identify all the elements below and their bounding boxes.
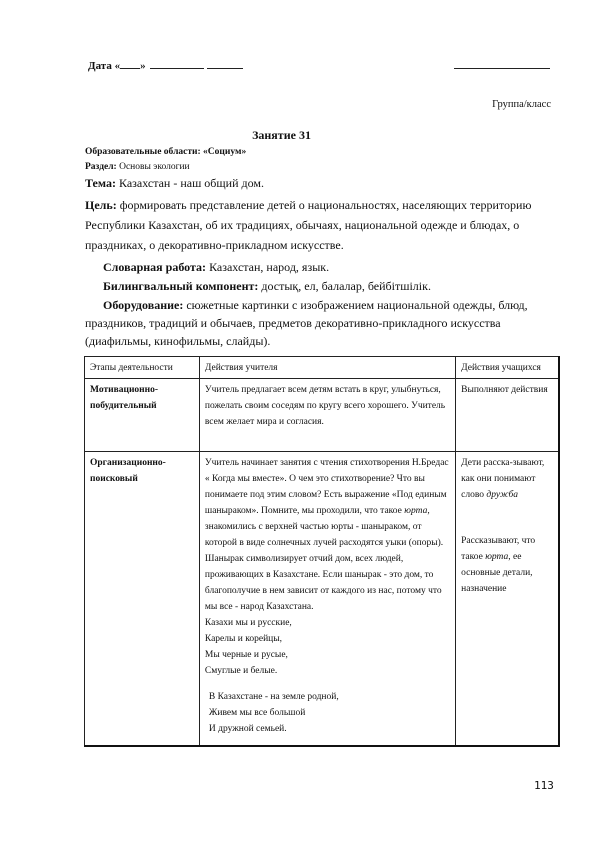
date-label: Дата « bbox=[88, 60, 120, 72]
poem-line: Смуглые и белые. bbox=[205, 663, 450, 679]
spacer bbox=[461, 503, 553, 533]
month-blank[interactable] bbox=[150, 58, 204, 69]
day-blank[interactable] bbox=[120, 58, 140, 69]
poem-line: Казахи мы и русские, bbox=[205, 615, 450, 631]
stage-cell: Организационно-поисковый bbox=[85, 452, 200, 747]
table-header-row: Этапы деятельности Действия учителя Дейс… bbox=[85, 357, 560, 379]
bilingual-value: достық, ел, балалар, бейбітшілік. bbox=[258, 279, 431, 293]
vocabulary-label: Словарная работа: bbox=[103, 260, 206, 274]
topic-value: Казахстан - наш общий дом. bbox=[116, 176, 264, 190]
table-row: Организационно-поисковый Учитель начинае… bbox=[85, 452, 560, 747]
student-actions-cell: Дети расска-зывают, как они понимают сло… bbox=[456, 452, 559, 747]
group-blank[interactable] bbox=[454, 68, 550, 69]
section-value: Основы экологии bbox=[117, 162, 190, 172]
poem-line: В Казахстане - на земле родной, bbox=[205, 689, 450, 705]
section-label: Раздел: bbox=[85, 162, 117, 172]
section-line: Раздел: Основы экологии bbox=[85, 162, 190, 172]
student-text-1: Дети расска-зывают, как они понимают сло… bbox=[461, 458, 544, 500]
stage-cell: Мотивационно-побудительный bbox=[85, 379, 200, 452]
equipment-label: Оборудование: bbox=[103, 298, 183, 312]
date-line: Дата «» bbox=[88, 58, 243, 72]
group-label: Группа/класс bbox=[492, 99, 551, 110]
header-teacher-actions: Действия учителя bbox=[199, 357, 455, 379]
student-actions-cell: Выполняют действия bbox=[456, 379, 559, 452]
poem-line: Карелы и корейцы, bbox=[205, 631, 450, 647]
yurt-term: юрта bbox=[404, 506, 427, 516]
vocabulary-line: Словарная работа: Казахстан, народ, язык… bbox=[85, 258, 555, 276]
bilingual-label: Билингвальный компонент: bbox=[103, 279, 258, 293]
friendship-term: дружба bbox=[486, 490, 518, 500]
lesson-title: Занятие 31 bbox=[0, 128, 595, 143]
goal-paragraph: Цель: формировать представление детей о … bbox=[85, 195, 555, 255]
educational-areas: Образовательные области: «Социум» bbox=[85, 147, 246, 157]
goal-value: формировать представление детей о национ… bbox=[85, 198, 531, 252]
table-row: Мотивационно-побудительный Учитель предл… bbox=[85, 379, 560, 452]
poem-line: Мы черные и русые, bbox=[205, 647, 450, 663]
teacher-text: Учитель начинает занятия с чтения стихот… bbox=[205, 458, 449, 612]
header-stages: Этапы деятельности bbox=[85, 357, 200, 379]
topic-line: Тема: Казахстан - наш общий дом. bbox=[85, 176, 264, 191]
student-text-2: Рассказывают, что такое юрта, ее основны… bbox=[461, 536, 535, 594]
equipment-paragraph: Оборудование: сюжетные картинки с изобра… bbox=[85, 296, 555, 350]
stanza-gap bbox=[205, 679, 450, 689]
lesson-table: Этапы деятельности Действия учителя Дейс… bbox=[84, 356, 560, 747]
bilingual-line: Билингвальный компонент: достық, ел, бал… bbox=[85, 277, 555, 295]
header-student-actions: Действия учащихся bbox=[456, 357, 559, 379]
goal-label: Цель: bbox=[85, 198, 117, 212]
date-close-quote: » bbox=[140, 60, 146, 72]
topic-label: Тема: bbox=[85, 176, 116, 190]
year-blank[interactable] bbox=[207, 58, 243, 69]
yurt-term: юрта bbox=[485, 552, 508, 562]
teacher-actions-cell: Учитель начинает занятия с чтения стихот… bbox=[199, 452, 455, 747]
vocabulary-value: Казахстан, народ, язык. bbox=[206, 260, 329, 274]
poem-line: И дружной семьей. bbox=[205, 721, 450, 737]
poem-line: Живем мы все большой bbox=[205, 705, 450, 721]
page-number: 113 bbox=[534, 779, 554, 792]
teacher-actions-cell: Учитель предлагает всем детям встать в к… bbox=[199, 379, 455, 452]
